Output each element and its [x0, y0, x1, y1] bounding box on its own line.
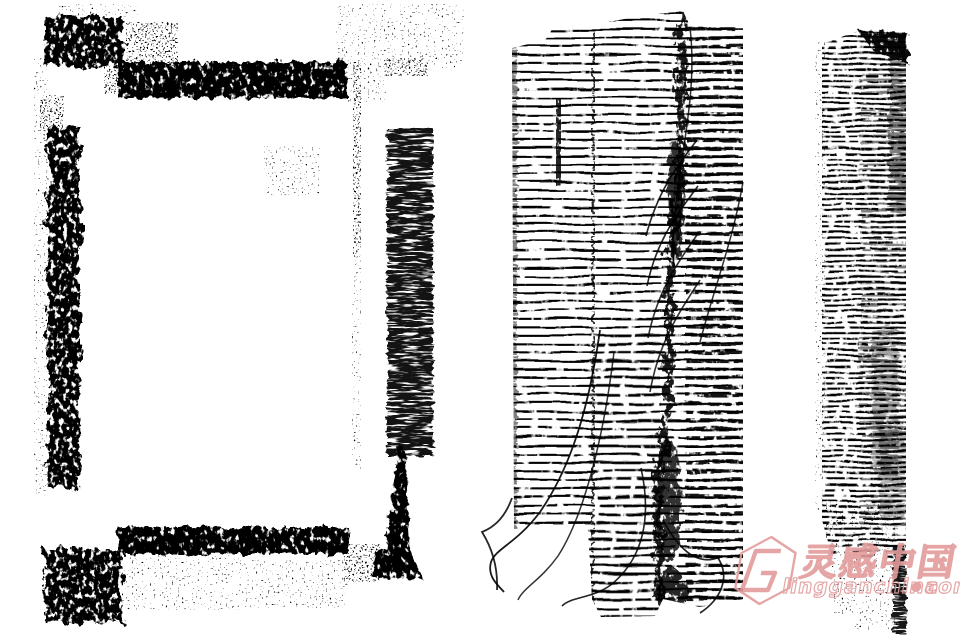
- watermark-domain-tld-text: com: [924, 574, 960, 598]
- cardboard-strip-left-fringe: [815, 40, 825, 510]
- frame-top-right-dash: [384, 58, 428, 76]
- frame-left-bar-top-specks: [40, 95, 64, 131]
- frame-bottom-specks-2: [238, 560, 348, 608]
- cardboard-bottom-chunk: [658, 568, 686, 616]
- frame-foot-specks: [344, 544, 380, 582]
- cardboard-crease-short: [557, 95, 560, 185]
- watermark-logo-mark: [742, 551, 781, 590]
- cardboard-wide-dense-panel: [686, 10, 746, 610]
- watermark: 灵感中国 lingganchina com: [732, 537, 960, 604]
- cardboard-strip-body: [816, 24, 912, 572]
- texture-canvas: 灵感中国 lingganchina com: [0, 0, 960, 638]
- frame-interior-specks: [264, 146, 320, 196]
- frame-top-left-blob: [45, 17, 123, 67]
- cardboard-bottom-blob: [655, 438, 681, 562]
- cardboard-wide-shaded-panel: [590, 330, 660, 620]
- frame-top-bar: [118, 62, 347, 98]
- frame-top-left-specks: [126, 22, 178, 66]
- frame-left-bar: [47, 126, 80, 488]
- frame-dotted-line-tail: [352, 255, 361, 470]
- cardboard-wide-texture: [482, 5, 750, 625]
- frame-gap-specks: [346, 62, 386, 102]
- cardboard-wide-left-edge: [508, 42, 517, 532]
- frame-bottom-bar: [118, 527, 348, 554]
- grunge-texture-preview-image: 灵感中国 lingganchina com: [0, 0, 960, 638]
- grunge-frame-texture: [34, 4, 464, 623]
- frame-dotted-line: [353, 62, 361, 258]
- frame-bottom-specks-1: [122, 552, 242, 610]
- cardboard-wide-body: [505, 5, 750, 625]
- frame-right-bar: [387, 128, 433, 456]
- cardboard-crease-center: [592, 30, 594, 612]
- frame-bottom-left-block: [44, 549, 122, 623]
